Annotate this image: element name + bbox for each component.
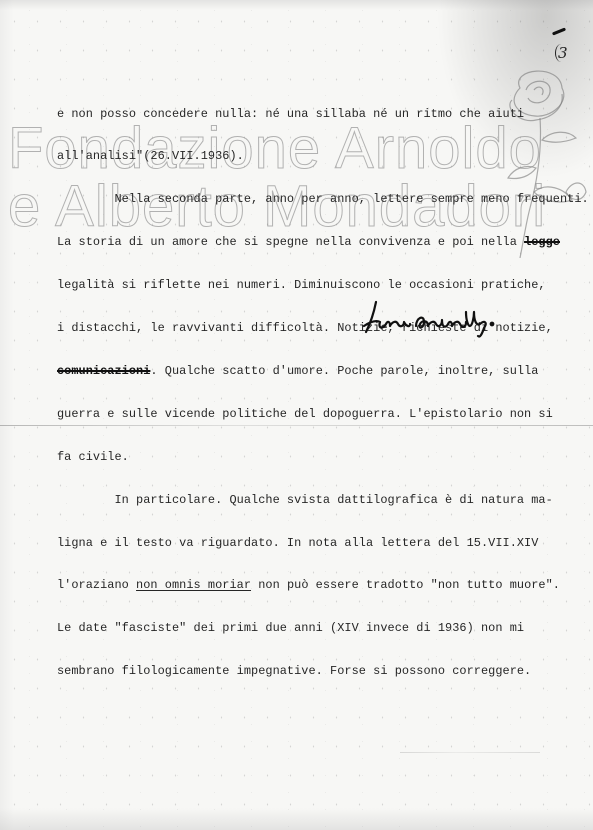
text-line: e non posso concedere nulla: né una sill… — [57, 107, 589, 121]
text-line: Nella seconda parte, anno per anno, lett… — [57, 192, 589, 206]
text-segment: . Qualche scatto d'umore. Poche parole, … — [150, 364, 538, 378]
text-segment: La storia di un amore che si spegne nell… — [57, 235, 524, 249]
text-line: sembrano filologicamente impegnative. Fo… — [57, 664, 589, 678]
text-segment: non può essere tradotto "non tutto muore… — [251, 578, 560, 592]
text-line: l'oraziano non omnis moriar non può esse… — [57, 578, 589, 592]
letter-body: e non posso concedere nulla: né una sill… — [57, 78, 589, 707]
text-line: comunicazioni. Qualche scatto d'umore. P… — [57, 364, 589, 378]
text-line: guerra e sulle vicende politiche del dop… — [57, 407, 589, 421]
text-line: Le date "fasciste" dei primi due anni (X… — [57, 621, 589, 635]
signature-icon — [362, 298, 507, 338]
text-line: ligna e il testo va riguardato. In nota … — [57, 536, 589, 550]
fold-line-short — [400, 752, 540, 753]
pen-mark — [552, 27, 566, 35]
document-page: 3 Fondazione Arnoldo e Alberto Mondadori… — [0, 0, 593, 830]
page-number-value: 3 — [555, 44, 568, 62]
text-line: all'analisi"(26.VII.1936). — [57, 149, 589, 163]
text-line: legalità si riflette nei numeri. Diminui… — [57, 278, 589, 292]
text-line: i distacchi, le ravvivanti difficoltà. N… — [57, 321, 589, 335]
struck-word: comunicazioni — [57, 364, 150, 378]
text-line: La storia di un amore che si spegne nell… — [57, 235, 589, 249]
struck-word: legge — [524, 235, 560, 249]
underlined-phrase: non omnis moriar — [136, 578, 251, 592]
page-number: 3 — [555, 44, 568, 62]
text-line: In particolare. Qualche svista dattilogr… — [57, 493, 589, 507]
text-line: fa civile. — [57, 450, 589, 464]
text-segment: l'oraziano — [57, 578, 136, 592]
